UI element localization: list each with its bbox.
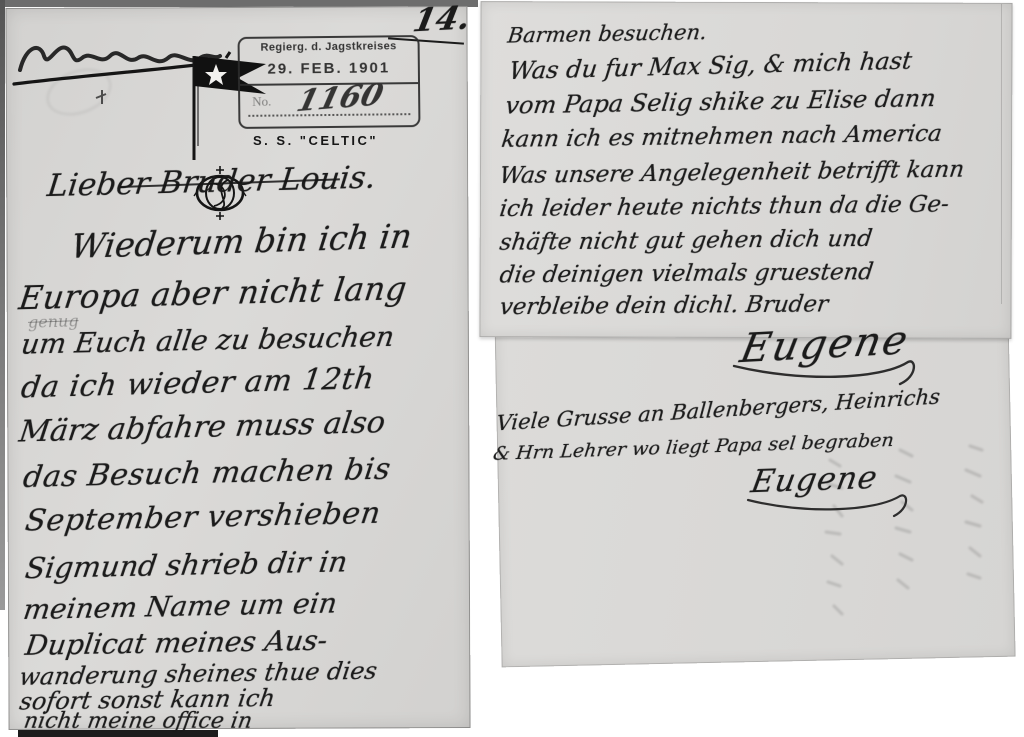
- ship-name-label: S. S. "CELTIC": [253, 133, 378, 148]
- scan-edge-left: [0, 0, 5, 610]
- page-number: 14.: [410, 0, 474, 39]
- stamp-date: 29. FEB. 1901: [240, 59, 418, 78]
- letter-line: Duplicat meines Aus-: [23, 623, 329, 661]
- letter-line: verbleibe dein dichl. Bruder: [498, 292, 830, 321]
- show-through-marks: [800, 440, 1010, 655]
- letter-line: nicht meine office in: [22, 709, 254, 734]
- letter-line: ich leider heute nichts thun da die Ge-: [498, 192, 950, 223]
- letter-line: die deinigen vielmals gruestend: [498, 259, 875, 288]
- registry-stamp: Regierg. d. Jagstkreises 29. FEB. 1901 N…: [238, 35, 421, 129]
- stamp-number-row: No. 1160: [240, 82, 418, 120]
- page-fold-line: [1001, 4, 1002, 304]
- stamp-office-line: Regierg. d. Jagstkreises: [240, 40, 418, 54]
- letter-line: meinem Name um ein: [21, 587, 339, 627]
- letter-line: shäfte nicht gut gehen dich und: [498, 226, 874, 256]
- letter-line: Barmen besuchen.: [506, 20, 708, 47]
- letter-line: Sigmund shrieb dir in: [23, 545, 350, 586]
- stamp-no-label: No.: [252, 94, 271, 110]
- signature-flourish: [730, 356, 920, 390]
